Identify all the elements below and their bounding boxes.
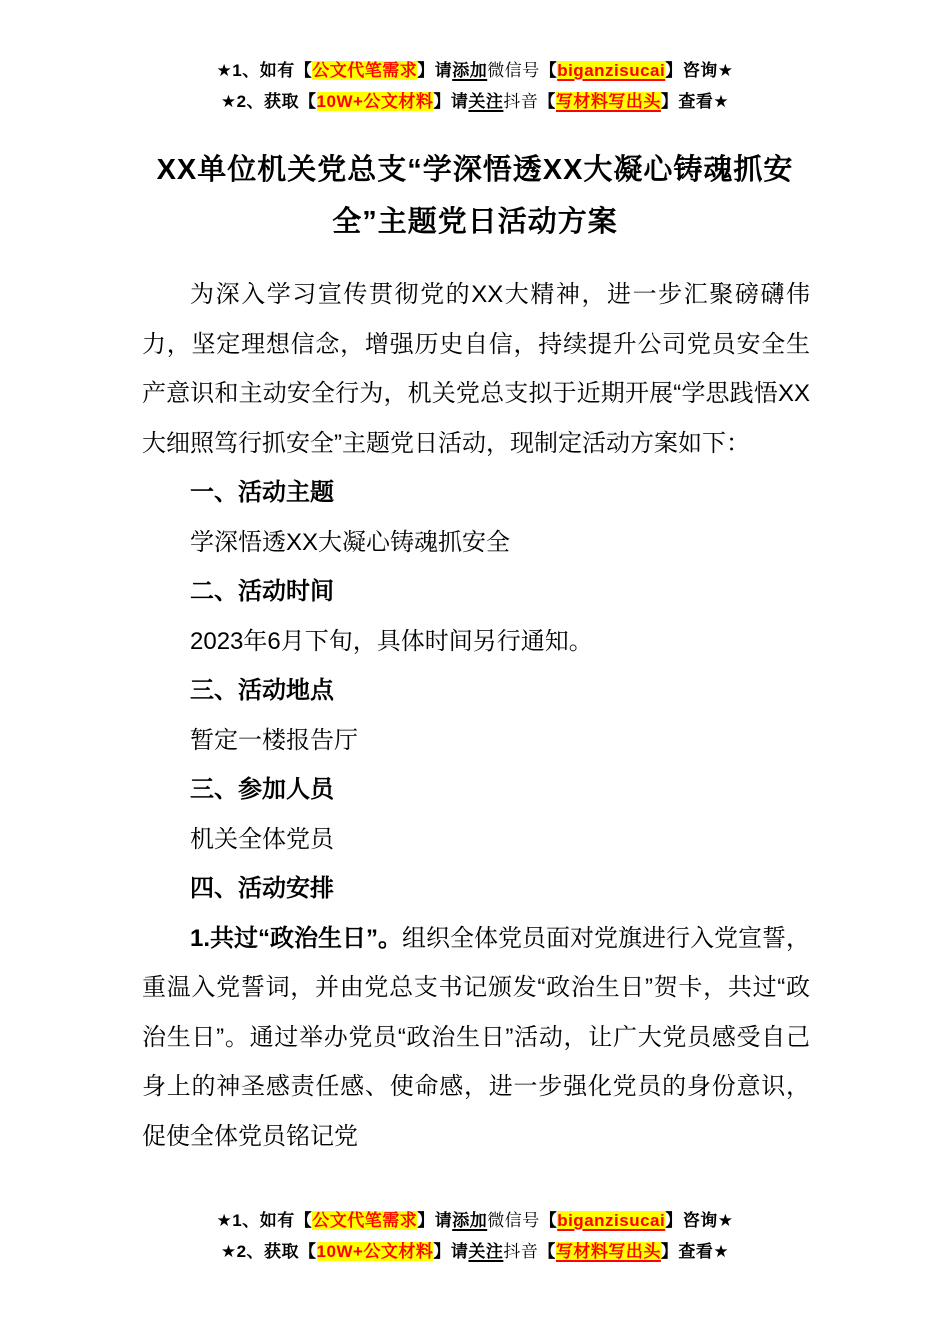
section-heading: 二、活动时间 bbox=[142, 567, 810, 617]
section-heading: 一、活动主题 bbox=[142, 468, 810, 518]
promo-segment: 公文代笔需求 bbox=[312, 1211, 417, 1230]
paragraph: 为深入学习宣传贯彻党的XX大精神，进一步汇聚磅礴伟力，坚定理想信念，增强历史自信… bbox=[142, 270, 810, 468]
promo-segment: 】请 bbox=[433, 92, 468, 111]
document-body: 为深入学习宣传贯彻党的XX大精神，进一步汇聚磅礴伟力，坚定理想信念，增强历史自信… bbox=[142, 270, 810, 1161]
promo-segment: 写材料写出头 bbox=[556, 92, 661, 111]
section-heading: 四、活动安排 bbox=[142, 864, 810, 914]
text-segment: 机关全体党员 bbox=[190, 826, 334, 853]
promo-segment: 【 bbox=[540, 1211, 558, 1230]
promo-segment: biganzisucai bbox=[557, 1211, 665, 1230]
promo-banner-top: ★1、如有【公文代笔需求】请添加微信号【biganzisucai】咨询★★2、获… bbox=[0, 55, 950, 117]
text-segment: 1.共过“政治生日”。 bbox=[190, 925, 402, 952]
promo-line: ★2、获取【10W+公文材料】请关注抖音【写材料写出头】查看★ bbox=[0, 86, 950, 117]
text-segment: 组织全体党员面对党旗进行入党宣誓，重温入党誓词，并由党总支书记颁发“政治生日”贺… bbox=[142, 925, 810, 1150]
promo-segment: 】咨询★ bbox=[665, 61, 733, 80]
promo-segment: 微信号 bbox=[487, 61, 540, 80]
text-segment: 三、活动地点 bbox=[190, 677, 334, 704]
promo-segment: 关注 bbox=[468, 1242, 503, 1261]
text-segment: 暂定一楼报告厅 bbox=[190, 727, 358, 754]
text-segment: 学深悟透XX大凝心铸魂抓安全 bbox=[190, 529, 510, 556]
promo-segment: 抖音 bbox=[503, 1242, 538, 1261]
text-segment: 为深入学习宣传贯彻党的XX大精神，进一步汇聚磅礴伟力，坚定理想信念，增强历史自信… bbox=[142, 281, 810, 457]
promo-banner-bottom: ★1、如有【公文代笔需求】请添加微信号【biganzisucai】咨询★★2、获… bbox=[0, 1205, 950, 1267]
promo-segment: 公文代笔需求 bbox=[312, 61, 417, 80]
document-title: XX单位机关党总支“学深悟透XX大凝心铸魂抓安全”主题党日活动方案 bbox=[142, 144, 808, 248]
promo-segment: 微信号 bbox=[487, 1211, 540, 1230]
promo-segment: 添加 bbox=[452, 1211, 487, 1230]
text-segment: 四、活动安排 bbox=[190, 875, 334, 902]
promo-segment: 10W+公文材料 bbox=[317, 1242, 434, 1261]
promo-segment: 】查看★ bbox=[661, 1242, 729, 1261]
section-heading: 三、参加人员 bbox=[142, 765, 810, 815]
promo-segment: 抖音 bbox=[503, 92, 538, 111]
section-heading: 三、活动地点 bbox=[142, 666, 810, 716]
text-segment: 三、参加人员 bbox=[190, 776, 334, 803]
promo-line: ★2、获取【10W+公文材料】请关注抖音【写材料写出头】查看★ bbox=[0, 1236, 950, 1267]
promo-segment: 【 bbox=[540, 61, 558, 80]
promo-segment: ★2、获取【 bbox=[221, 92, 317, 111]
promo-segment: ★1、如有【 bbox=[217, 61, 313, 80]
promo-segment: 【 bbox=[538, 92, 556, 111]
paragraph: 2023年6月下旬，具体时间另行通知。 bbox=[142, 617, 810, 667]
promo-segment: biganzisucai bbox=[557, 61, 665, 80]
promo-segment: ★1、如有【 bbox=[217, 1211, 313, 1230]
promo-segment: 关注 bbox=[468, 92, 503, 111]
promo-segment: 】请 bbox=[417, 1211, 452, 1230]
paragraph: 机关全体党员 bbox=[142, 815, 810, 865]
text-segment: 2023年6月下旬，具体时间另行通知。 bbox=[190, 628, 593, 655]
promo-segment: ★2、获取【 bbox=[221, 1242, 317, 1261]
text-segment: 一、活动主题 bbox=[190, 479, 334, 506]
promo-line: ★1、如有【公文代笔需求】请添加微信号【biganzisucai】咨询★ bbox=[0, 1205, 950, 1236]
paragraph: 学深悟透XX大凝心铸魂抓安全 bbox=[142, 518, 810, 568]
promo-segment: 】咨询★ bbox=[665, 1211, 733, 1230]
promo-line: ★1、如有【公文代笔需求】请添加微信号【biganzisucai】咨询★ bbox=[0, 55, 950, 86]
promo-segment: 】请 bbox=[433, 1242, 468, 1261]
text-segment: 二、活动时间 bbox=[190, 578, 334, 605]
promo-segment: 】请 bbox=[417, 61, 452, 80]
promo-segment: 】查看★ bbox=[661, 92, 729, 111]
promo-segment: 10W+公文材料 bbox=[317, 92, 434, 111]
promo-segment: 写材料写出头 bbox=[556, 1242, 661, 1261]
document-page: ★1、如有【公文代笔需求】请添加微信号【biganzisucai】咨询★★2、获… bbox=[0, 0, 950, 1344]
paragraph: 1.共过“政治生日”。组织全体党员面对党旗进行入党宣誓，重温入党誓词，并由党总支… bbox=[142, 914, 810, 1162]
promo-segment: 添加 bbox=[452, 61, 487, 80]
promo-segment: 【 bbox=[538, 1242, 556, 1261]
paragraph: 暂定一楼报告厅 bbox=[142, 716, 810, 766]
